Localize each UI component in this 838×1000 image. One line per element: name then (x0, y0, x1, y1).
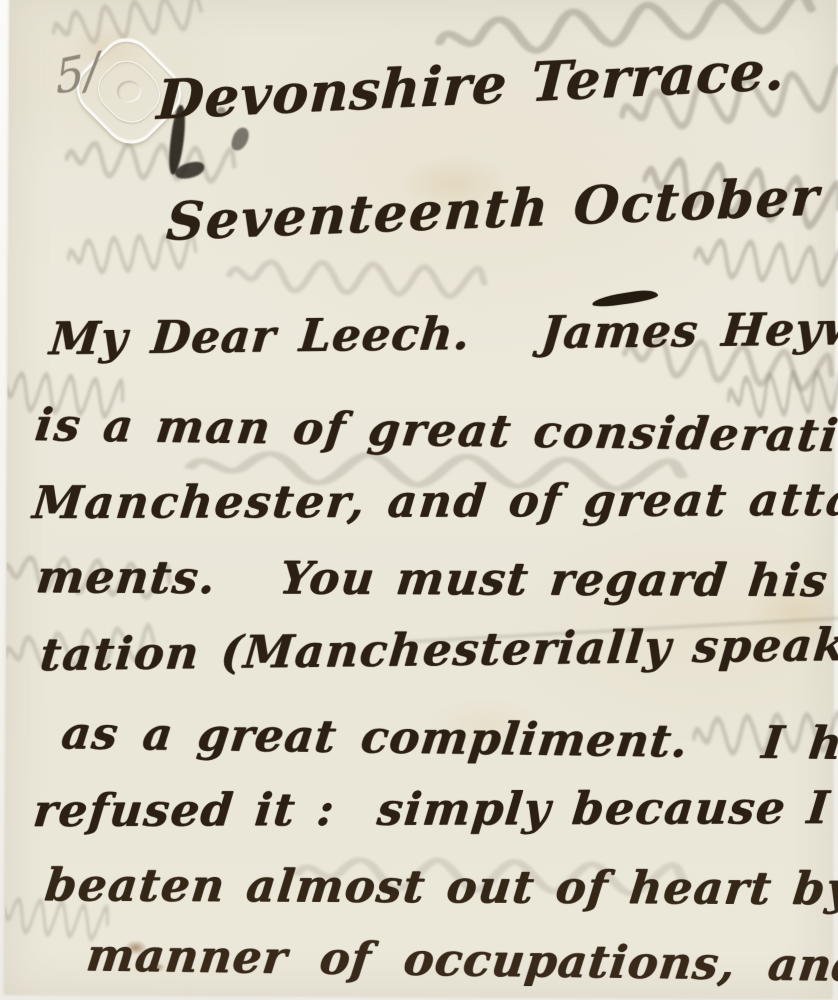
letter-line: as a great compliment. I have (59, 710, 838, 767)
letter-line: is a man of great consideration in (33, 402, 838, 460)
letter-line: My Dear Leech. James Heywood (48, 305, 838, 361)
date-line: Seventeenth October 1845. (165, 164, 838, 249)
letter-line: beaten almost out of heart by all (43, 862, 838, 911)
letter-line: ments. You must regard his invi- (34, 554, 838, 604)
pencil-annotation: 5/ (54, 42, 101, 106)
letter-line: tation (Manchesterially speaking) (38, 621, 838, 678)
place-line: Devonshire Terrace. (155, 43, 786, 127)
letter-line: Manchester, and of great attain. (31, 477, 838, 525)
paper-sheet: 5/ Devonshire Terrace. Seventeenth Octob… (5, 0, 837, 998)
letter-line: manner of occupations, and (84, 932, 838, 988)
letter-scan: 5/ Devonshire Terrace. Seventeenth Octob… (0, 0, 838, 1000)
seal-crest (117, 81, 141, 103)
letter-line: refused it : simply because I am (31, 785, 838, 833)
ink-smudge (229, 125, 251, 152)
